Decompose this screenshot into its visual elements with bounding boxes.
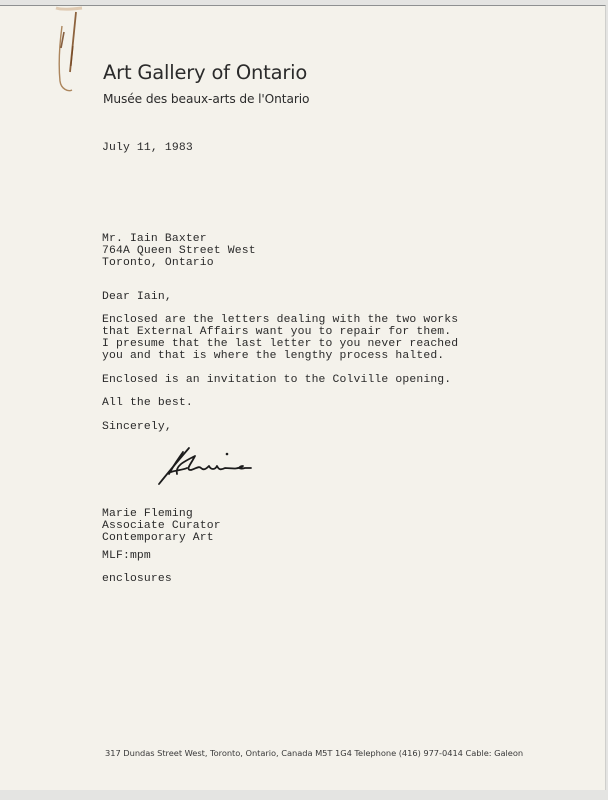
salutation: Dear Iain, [102, 291, 172, 303]
body-line: that External Affairs want you to repair… [102, 326, 458, 338]
sender-name: Marie Fleming [102, 508, 221, 520]
letter-date: July 11, 1983 [102, 142, 193, 154]
recipient-street: 764A Queen Street West [102, 245, 256, 257]
body-line: Enclosed are the letters dealing with th… [102, 314, 458, 326]
sender-title: Associate Curator [102, 520, 221, 532]
signature-icon [155, 444, 255, 490]
closing: Sincerely, [102, 421, 172, 433]
letter-page: Art Gallery of Ontario Musée des beaux-a… [0, 5, 606, 790]
body-paragraph-1: Enclosed are the letters dealing with th… [102, 314, 458, 362]
body-paragraph-3: All the best. [102, 397, 193, 409]
body-paragraph-2: Enclosed is an invitation to the Colvill… [102, 374, 451, 386]
letterhead-footer-address: 317 Dundas Street West, Toronto, Ontario… [105, 748, 523, 758]
water-stain-mark [54, 6, 84, 92]
letterhead-subtitle-french: Musée des beaux-arts de l'Ontario [103, 92, 309, 106]
reference-initials: MLF:mpm [102, 550, 151, 562]
recipient-name: Mr. Iain Baxter [102, 233, 256, 245]
body-line: I presume that the last letter to you ne… [102, 338, 458, 350]
body-line: you and that is where the lengthy proces… [102, 350, 458, 362]
enclosure-note: enclosures [102, 573, 172, 585]
letterhead-title: Art Gallery of Ontario [103, 61, 307, 84]
recipient-address: Mr. Iain Baxter764A Queen Street WestTor… [102, 233, 256, 269]
recipient-city: Toronto, Ontario [102, 257, 256, 269]
sender-block: Marie FlemingAssociate CuratorContempora… [102, 508, 221, 544]
sender-department: Contemporary Art [102, 532, 221, 544]
